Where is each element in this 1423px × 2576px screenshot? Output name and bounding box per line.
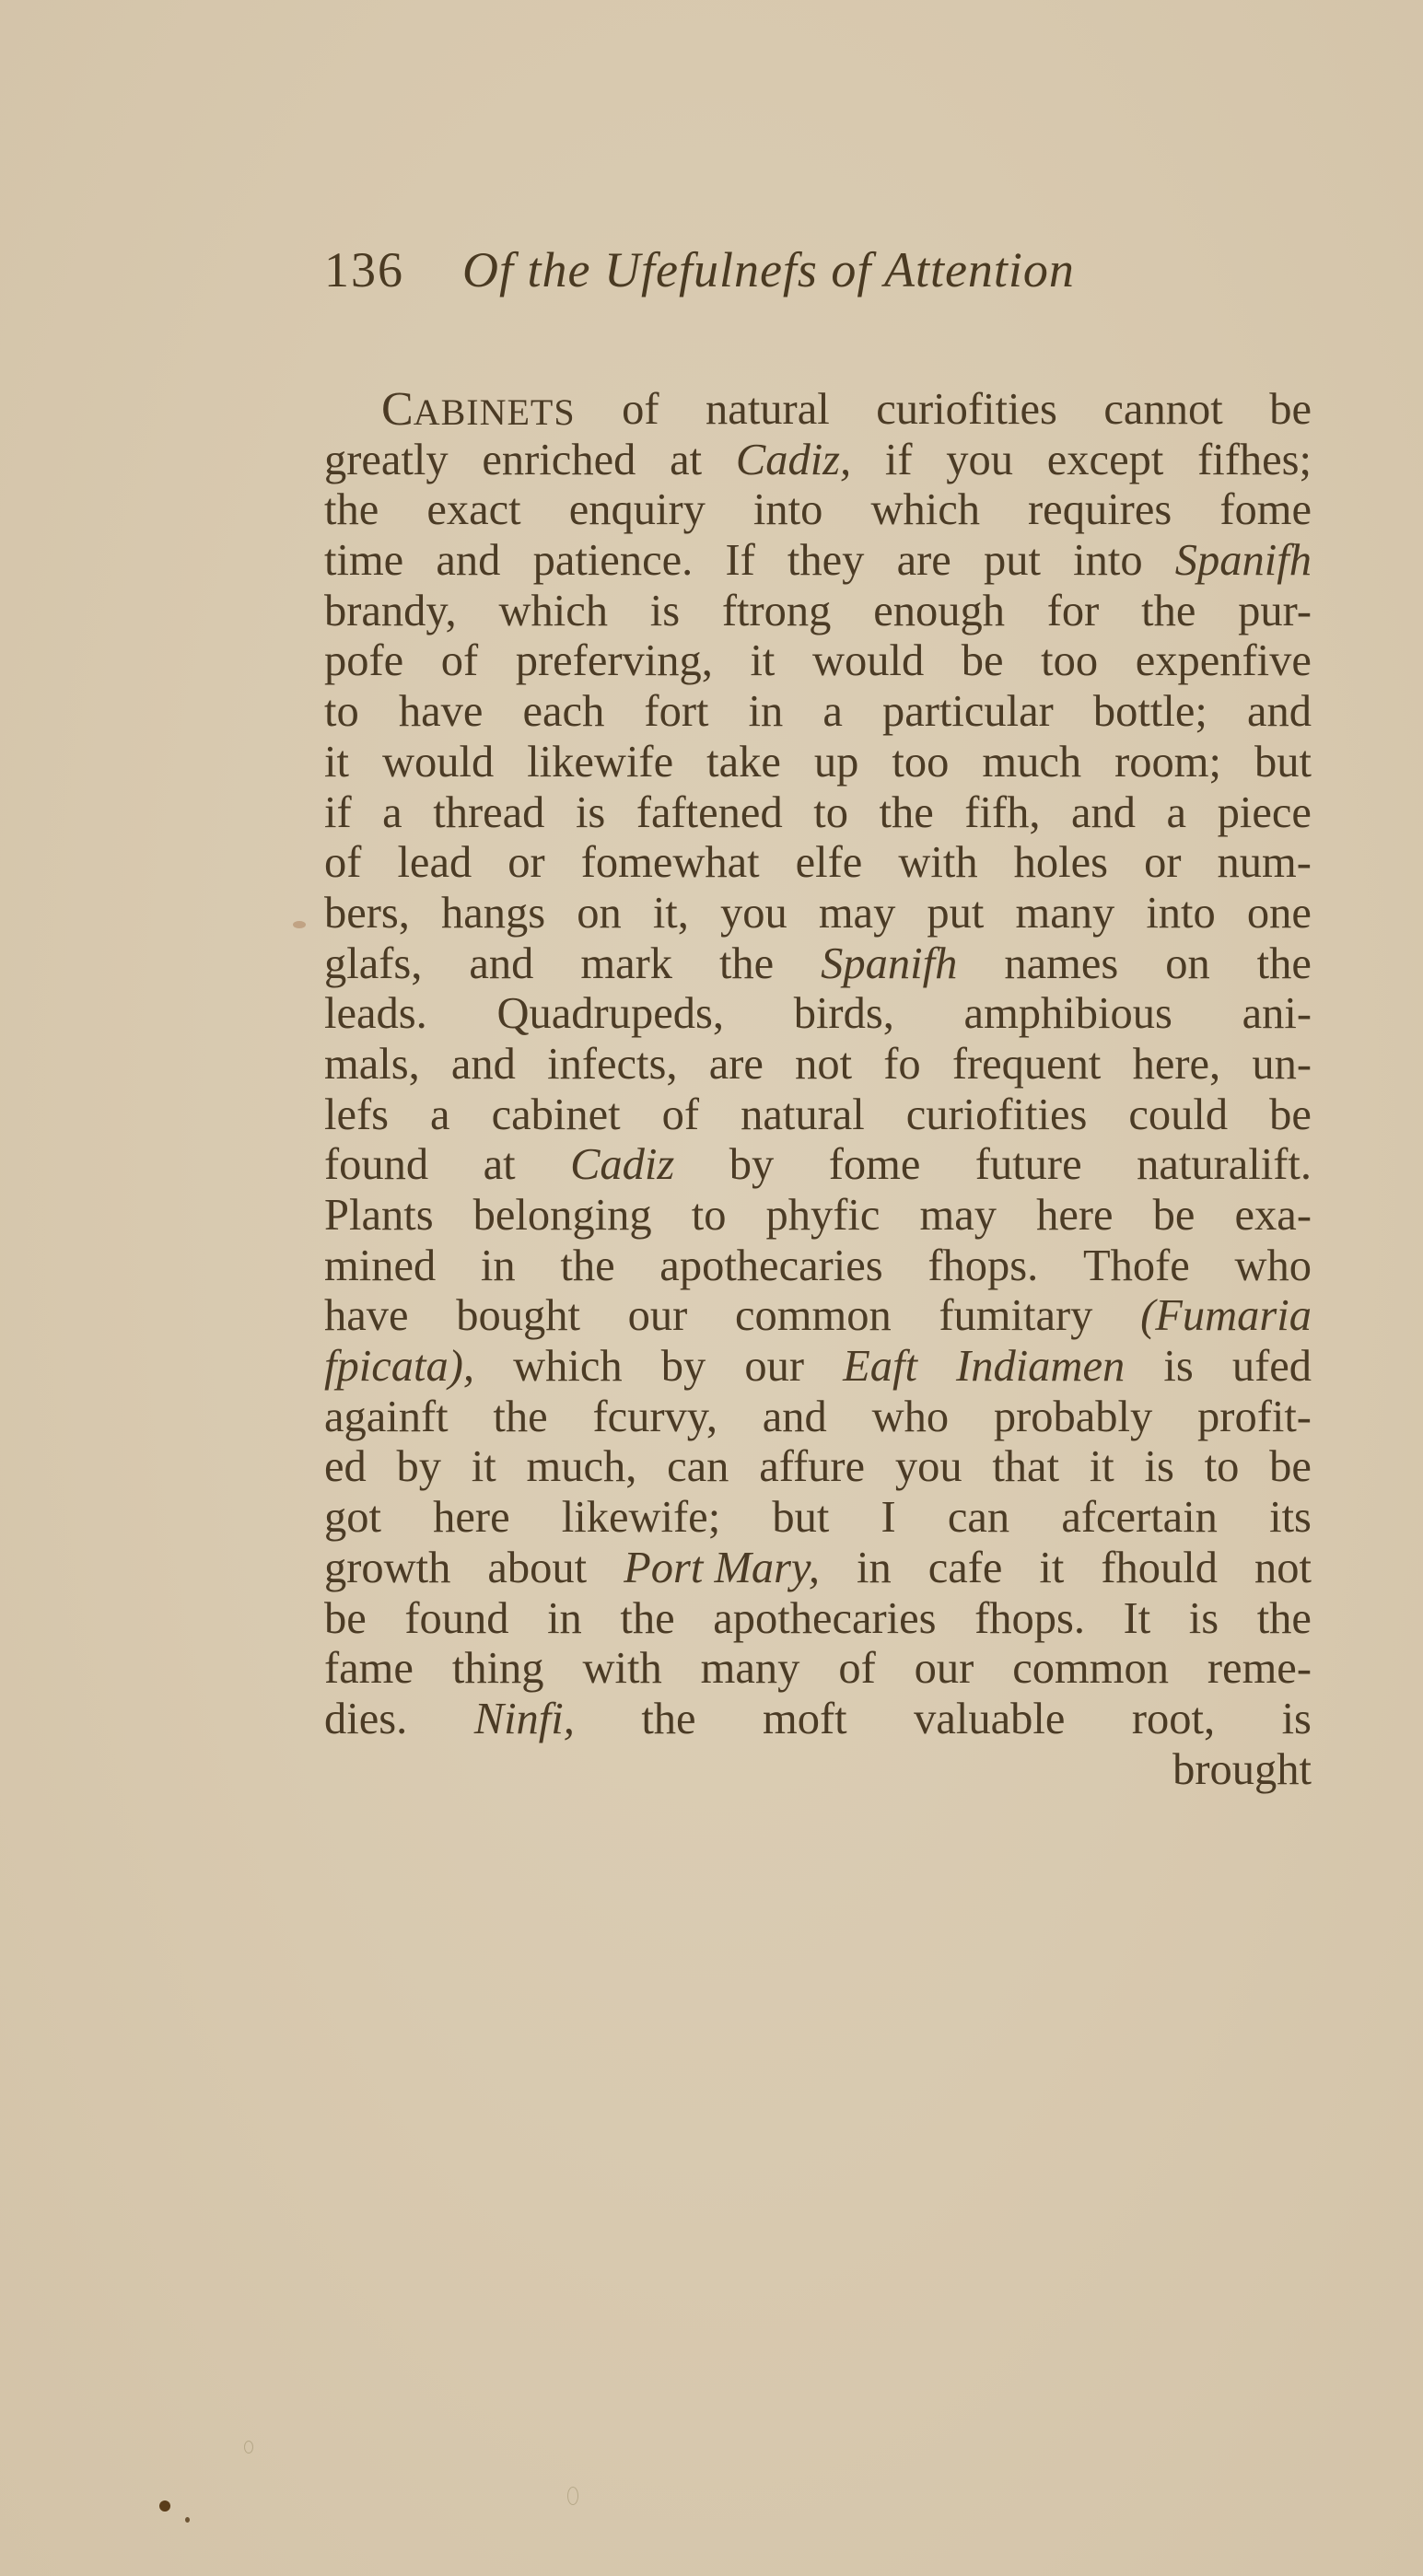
- word: and: [451, 1040, 516, 1090]
- word: fcurvy,: [592, 1393, 717, 1443]
- word: our: [915, 1644, 974, 1695]
- word: ed: [324, 1442, 367, 1493]
- word: belonging: [473, 1191, 652, 1241]
- word: can: [948, 1493, 1009, 1544]
- word: againft: [324, 1393, 449, 1443]
- text-line: glafs,andmarktheSpanifhnamesonthe: [324, 939, 1312, 990]
- word: likewife;: [562, 1493, 720, 1544]
- word: about: [487, 1544, 587, 1594]
- word: fome: [1219, 485, 1312, 536]
- word: profit-: [1197, 1393, 1312, 1443]
- word: to: [692, 1191, 727, 1241]
- word: valuable: [914, 1695, 1065, 1745]
- word: enquiry: [569, 485, 706, 536]
- word: birds,: [794, 989, 894, 1040]
- word: except: [1047, 436, 1164, 486]
- word: be: [324, 1594, 367, 1645]
- word: fort: [644, 687, 708, 738]
- word: but: [772, 1493, 829, 1544]
- italic-word: Port Mary,: [624, 1544, 820, 1594]
- word: not: [1254, 1544, 1312, 1594]
- word: is: [1145, 1442, 1174, 1493]
- book-page: 136 Of the Ufefulnefs of Attention CABIN…: [0, 0, 1423, 2576]
- word: many: [701, 1644, 800, 1695]
- text-line: lefsacabinetofnaturalcuriofitiescouldbe: [324, 1090, 1312, 1141]
- word: too: [1041, 636, 1098, 687]
- word: by: [729, 1140, 775, 1191]
- word: the: [1257, 939, 1312, 990]
- word: frequent: [952, 1040, 1102, 1090]
- word: of: [622, 385, 659, 436]
- word: here: [1036, 1191, 1113, 1241]
- word: that: [992, 1442, 1059, 1493]
- word: here: [433, 1493, 509, 1544]
- ink-spot: [159, 2500, 170, 2512]
- word: many: [1015, 889, 1114, 939]
- text-line: mals,andinfects,arenotfofrequenthere,un-: [324, 1040, 1312, 1090]
- word: reme-: [1207, 1644, 1312, 1695]
- word: afcertain: [1061, 1493, 1218, 1544]
- word: mals,: [324, 1040, 420, 1090]
- word: which: [513, 1342, 623, 1393]
- word: be: [1269, 1090, 1312, 1141]
- word: got: [324, 1493, 381, 1544]
- word: our: [744, 1342, 804, 1393]
- word: with: [582, 1644, 661, 1695]
- word: faftened: [636, 788, 783, 839]
- word: you: [720, 889, 787, 939]
- word: brandy,: [324, 587, 457, 637]
- text-line: Plantsbelongingtophyficmayherebeexa-: [324, 1191, 1312, 1241]
- word: fhops.: [927, 1241, 1038, 1292]
- word: much,: [526, 1442, 636, 1493]
- page-number: 136: [324, 241, 462, 298]
- text-line: bers,hangsonit,youmayputmanyintoone: [324, 889, 1312, 939]
- word: of: [838, 1644, 875, 1695]
- word: and: [1247, 687, 1312, 738]
- word: particular: [882, 687, 1054, 738]
- word: be: [1269, 1442, 1312, 1493]
- word: growth: [324, 1544, 450, 1594]
- word: up: [814, 738, 859, 788]
- word: lefs: [324, 1090, 389, 1141]
- word: preferving,: [516, 636, 713, 687]
- word: a: [1167, 788, 1187, 839]
- word: Thofe: [1083, 1241, 1190, 1292]
- word: you: [946, 436, 1013, 486]
- word: cabinet: [492, 1090, 621, 1141]
- word: patience.: [533, 536, 694, 587]
- word: are: [897, 536, 951, 587]
- word: of: [441, 636, 478, 687]
- word: into: [1073, 536, 1142, 587]
- word: expenfive: [1136, 636, 1312, 687]
- word: infects,: [547, 1040, 677, 1090]
- word: fhould: [1101, 1544, 1218, 1594]
- word: requires: [1028, 485, 1172, 536]
- text-line: haveboughtourcommonfumitary(Fumaria: [324, 1291, 1312, 1342]
- word: and: [763, 1393, 827, 1443]
- word: greatly: [324, 436, 449, 486]
- body-paragraph: CABINETSofnaturalcuriofitiescannotbegrea…: [324, 385, 1312, 1795]
- word: in: [547, 1594, 582, 1645]
- word: is: [576, 788, 605, 839]
- italic-word: fpicata),: [324, 1342, 474, 1393]
- text-line: ifathreadisfaftenedtothefifh,andapiece: [324, 788, 1312, 839]
- word: it: [1090, 1442, 1114, 1493]
- word: have: [399, 687, 484, 738]
- word: is: [1163, 1342, 1193, 1393]
- word: by: [397, 1442, 442, 1493]
- word: at: [484, 1140, 516, 1191]
- word: glafs,: [324, 939, 422, 990]
- word: each: [522, 687, 604, 738]
- word: which: [870, 485, 980, 536]
- word: could: [1128, 1090, 1228, 1141]
- word: natural: [706, 385, 830, 436]
- word: bers,: [324, 889, 410, 939]
- text-line: gotherelikewife;butIcanafcertainits: [324, 1493, 1312, 1544]
- word: with: [898, 838, 977, 889]
- word: one: [1247, 889, 1312, 939]
- word: piece: [1218, 788, 1312, 839]
- word: a: [382, 788, 402, 839]
- word: may: [819, 889, 896, 939]
- word: amphibious: [964, 989, 1172, 1040]
- word: it,: [653, 889, 689, 939]
- word: pofe: [324, 636, 403, 687]
- word: the: [493, 1393, 547, 1443]
- word: ani-: [1242, 989, 1312, 1040]
- word: curiofities: [906, 1090, 1088, 1141]
- text-line: againftthefcurvy,andwhoprobablyprofit-: [324, 1393, 1312, 1443]
- text-line: growthaboutPort Mary,incafeitfhouldnot: [324, 1544, 1312, 1594]
- word: common: [735, 1291, 892, 1342]
- word: fifh,: [964, 788, 1040, 839]
- paper-stain: [293, 921, 306, 928]
- text-line: CABINETSofnaturalcuriofitiescannotbe: [324, 385, 1312, 436]
- text-line: ofleadorfomewhatelfewithholesornum-: [324, 838, 1312, 889]
- word: be: [1153, 1191, 1196, 1241]
- text-line: tohaveeachfortinaparticularbottle;and: [324, 687, 1312, 738]
- word: moft: [763, 1695, 847, 1745]
- word: fome: [829, 1140, 921, 1191]
- initial-capital: C: [381, 383, 414, 436]
- ink-speck: [185, 2517, 190, 2523]
- word: may: [920, 1191, 997, 1241]
- word: of: [662, 1090, 699, 1141]
- word: and: [436, 536, 500, 587]
- word: it: [1039, 1544, 1064, 1594]
- word: they: [787, 536, 865, 587]
- text-line: famethingwithmanyofourcommonreme-: [324, 1644, 1312, 1695]
- italic-word: Spanifh: [821, 939, 957, 990]
- word: curiofities: [876, 385, 1057, 436]
- text-line: leads.Quadrupeds,birds,amphibiousani-: [324, 989, 1312, 1040]
- word: at: [670, 436, 702, 486]
- running-title: Of the Ufefulnefs of Attention: [462, 241, 1075, 298]
- word: holes: [1014, 838, 1108, 889]
- word: affure: [759, 1442, 865, 1493]
- word: not: [795, 1040, 852, 1090]
- word: for: [1047, 587, 1100, 637]
- word: pur-: [1238, 587, 1312, 637]
- italic-word: (Fumaria: [1140, 1291, 1312, 1342]
- word: would: [812, 636, 924, 687]
- word: the: [880, 788, 934, 839]
- word: the: [641, 1695, 695, 1745]
- word: would: [382, 738, 494, 788]
- word: a: [822, 687, 843, 738]
- word: fame: [324, 1644, 414, 1695]
- word: much: [982, 738, 1081, 788]
- word: the: [1141, 587, 1196, 637]
- word: and: [469, 939, 533, 990]
- italic-word: Spanifh: [1175, 536, 1312, 587]
- word: in: [857, 1544, 892, 1594]
- italic-word: Ninfi,: [474, 1695, 575, 1745]
- word: put: [927, 889, 984, 939]
- running-head: 136 Of the Ufefulnefs of Attention: [324, 241, 1075, 315]
- word: the: [1257, 1594, 1312, 1645]
- text-line: timeandpatience.IftheyareputintoSpanifh: [324, 536, 1312, 587]
- italic-word: Cadiz,: [736, 436, 851, 486]
- word: our: [628, 1291, 688, 1342]
- word: it: [324, 738, 349, 788]
- word: can: [667, 1442, 729, 1493]
- word: you: [895, 1442, 962, 1493]
- word: if: [324, 788, 352, 839]
- word: of: [324, 838, 361, 889]
- word: cannot: [1103, 385, 1222, 436]
- word: Quadrupeds,: [497, 989, 724, 1040]
- word: to: [813, 788, 848, 839]
- word: exact: [426, 485, 520, 536]
- word: num-: [1218, 838, 1312, 889]
- text-line: befoundintheapothecariesfhops.Itisthe: [324, 1594, 1312, 1645]
- text-line: pofeofpreferving,itwouldbetooexpenfive: [324, 636, 1312, 687]
- italic-word: Indiamen: [956, 1342, 1125, 1393]
- word: is: [1189, 1594, 1219, 1645]
- word: room;: [1114, 738, 1221, 788]
- word: on: [577, 889, 622, 939]
- word: is: [1282, 1695, 1312, 1745]
- word: the: [560, 1241, 614, 1292]
- word: natural: [741, 1090, 865, 1141]
- word: to: [324, 687, 359, 738]
- word: enriched: [482, 436, 636, 486]
- word: which: [498, 587, 608, 637]
- word: If: [725, 536, 754, 587]
- word: a: [430, 1090, 450, 1141]
- word: is: [650, 587, 680, 637]
- word: the: [620, 1594, 674, 1645]
- text-line: brandy,whichisftrongenoughforthepur-: [324, 587, 1312, 637]
- word: ftrong: [722, 587, 832, 637]
- word: its: [1269, 1493, 1312, 1544]
- word: likewife: [527, 738, 673, 788]
- word: It: [1124, 1594, 1151, 1645]
- word: to: [1205, 1442, 1240, 1493]
- word: or: [507, 838, 544, 889]
- word: be: [962, 636, 1004, 687]
- word: thread: [433, 788, 544, 839]
- italic-word: Cadiz: [570, 1140, 674, 1191]
- word: and: [1071, 788, 1136, 839]
- text-line: fpicata),whichbyourEaftIndiamenisufed: [324, 1342, 1312, 1393]
- catchword: brought: [1172, 1745, 1312, 1796]
- word: hangs: [441, 889, 545, 939]
- word: cafe: [928, 1544, 1003, 1594]
- word: names: [1004, 939, 1118, 990]
- text-line: itwouldlikewifetakeuptoomuchroom;but: [324, 738, 1312, 788]
- word: are: [709, 1040, 764, 1090]
- word: apothecaries: [713, 1594, 936, 1645]
- word: naturalift.: [1137, 1140, 1312, 1191]
- word: Plants: [324, 1191, 434, 1241]
- word: ufed: [1232, 1342, 1312, 1393]
- word: elfe: [796, 838, 863, 889]
- word: phyfic: [766, 1191, 881, 1241]
- text-line: dies.Ninfi,themoftvaluableroot,is: [324, 1695, 1312, 1745]
- word: here,: [1133, 1040, 1221, 1090]
- word: the: [719, 939, 774, 990]
- catchword-line: brought: [324, 1745, 1312, 1796]
- word: it: [750, 636, 775, 687]
- word: bottle;: [1093, 687, 1207, 738]
- word: take: [706, 738, 781, 788]
- word: on: [1165, 939, 1210, 990]
- text-line: minedintheapothecariesfhops.Thofewho: [324, 1241, 1312, 1292]
- word: put: [984, 536, 1041, 587]
- text-line: theexactenquiryintowhichrequiresfome: [324, 485, 1312, 536]
- word: thing: [452, 1644, 544, 1695]
- word: future: [975, 1140, 1082, 1191]
- word: root,: [1132, 1695, 1215, 1745]
- word: or: [1144, 838, 1181, 889]
- small-caps-word: CABINETS: [381, 385, 576, 436]
- word: who: [1234, 1241, 1312, 1292]
- word: bought: [456, 1291, 580, 1342]
- word: who: [872, 1393, 950, 1443]
- word: it: [472, 1442, 496, 1493]
- text-line: edbyitmuch,canaffureyouthatitistobe: [324, 1442, 1312, 1493]
- word: but: [1254, 738, 1312, 788]
- small-caps-rest: ABINETS: [414, 391, 576, 433]
- paper-mark: [567, 2487, 578, 2505]
- word: mark: [580, 939, 672, 990]
- word: exa-: [1235, 1191, 1312, 1241]
- word: dies.: [324, 1695, 407, 1745]
- word: by: [661, 1342, 706, 1393]
- word: apothecaries: [659, 1241, 882, 1292]
- word: found: [324, 1140, 428, 1191]
- word: un-: [1252, 1040, 1312, 1090]
- word: the: [324, 485, 379, 536]
- word: lead: [397, 838, 472, 889]
- word: fhops.: [974, 1594, 1085, 1645]
- word: I: [881, 1493, 896, 1544]
- text-line: foundatCadizbyfomefuturenaturalift.: [324, 1140, 1312, 1191]
- word: if: [885, 436, 913, 486]
- word: fifhes;: [1197, 436, 1312, 486]
- word: fomewhat: [581, 838, 760, 889]
- word: leads.: [324, 989, 427, 1040]
- word: into: [753, 485, 822, 536]
- word: too: [892, 738, 949, 788]
- word: time: [324, 536, 403, 587]
- word: enough: [873, 587, 1005, 637]
- italic-word: Eaft: [843, 1342, 917, 1393]
- word: common: [1012, 1644, 1169, 1695]
- word: in: [481, 1241, 516, 1292]
- paper-mark: [244, 2441, 253, 2454]
- word: found: [404, 1594, 508, 1645]
- text-line: greatlyenrichedatCadiz,ifyouexceptfifhes…: [324, 436, 1312, 486]
- word: fo: [883, 1040, 920, 1090]
- word: be: [1269, 385, 1312, 436]
- word: in: [749, 687, 784, 738]
- word: probably: [994, 1393, 1152, 1443]
- word: mined: [324, 1241, 436, 1292]
- word: fumitary: [939, 1291, 1092, 1342]
- word: into: [1146, 889, 1215, 939]
- word: have: [324, 1291, 409, 1342]
